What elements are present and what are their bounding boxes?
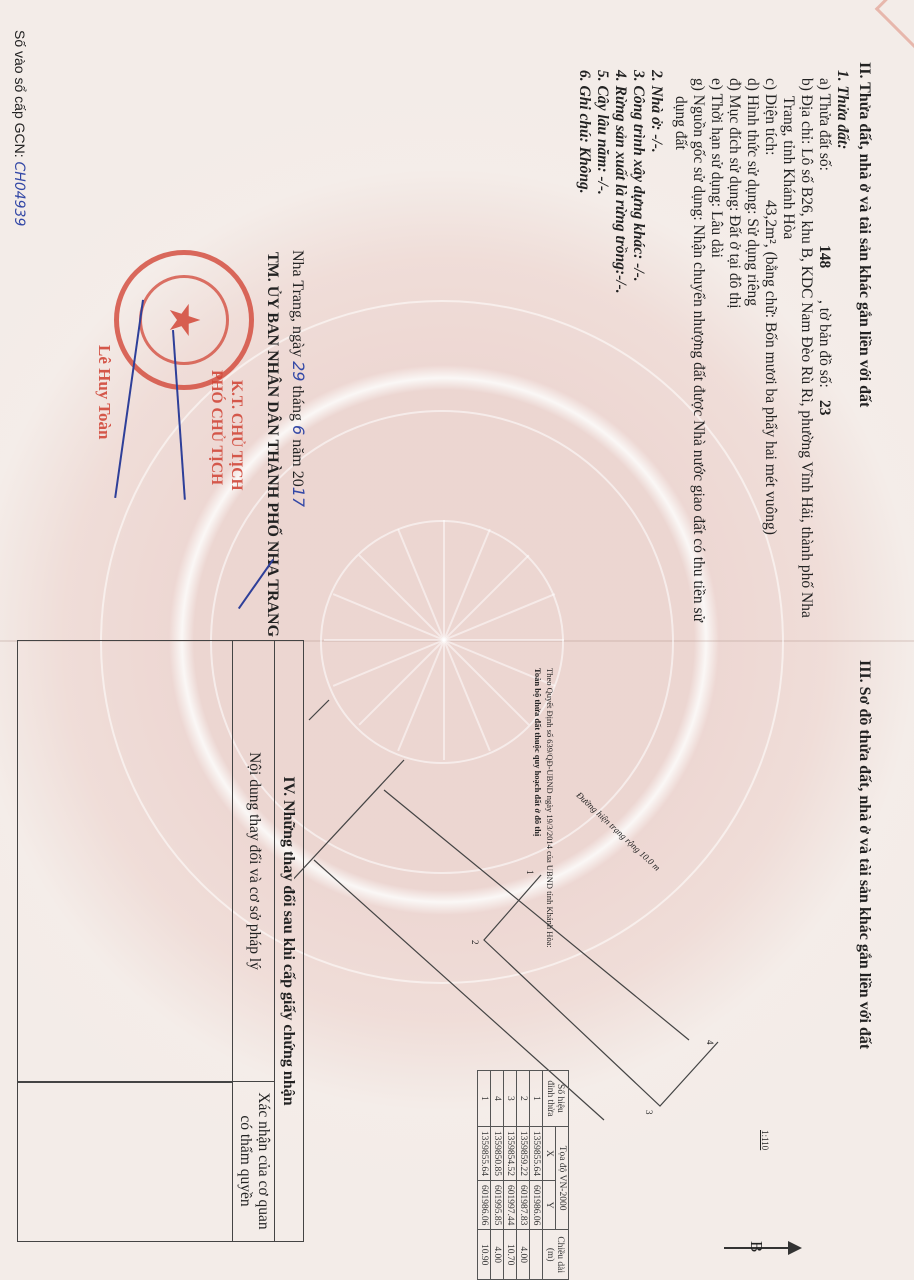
header-system: Tọa độ VN-2000 <box>556 1126 569 1230</box>
scale-label: 1:110 <box>755 1130 774 1150</box>
cell-point: 4 <box>491 1071 504 1127</box>
cell-point: 3 <box>504 1071 517 1127</box>
section-iii-title: III. Sơ đồ thửa đất, nhà ở và tài sản kh… <box>855 660 874 1049</box>
use-purpose: đ) Mục đích sử dụng: Đất ở tại đô thị <box>725 78 744 309</box>
date-day: 29 <box>289 361 308 381</box>
parcel-label: a) Thửa đất số: <box>815 78 834 171</box>
vertex-label-4: 4 <box>700 1040 719 1045</box>
coordinates-table: Số hiệu đỉnh thửa Tọa độ VN-2000 Chiều d… <box>477 1070 569 1280</box>
decision-note: Theo Quyết Định số 639/QĐ-UBND ngày 19/3… <box>544 668 556 948</box>
col-confirm-label-1: Xác nhận của cơ quan <box>254 1081 273 1241</box>
cell-y: 601986.06 <box>478 1180 491 1229</box>
header-y: Y <box>543 1180 556 1229</box>
table-row: 21359859.22601987.834.00 <box>517 1071 530 1280</box>
vertex-label-3: 3 <box>639 1110 658 1115</box>
cell-x: 1359854.52 <box>504 1126 517 1180</box>
cell-y: 601986.06 <box>530 1180 543 1229</box>
cell-x: 1359855.64 <box>530 1126 543 1180</box>
on-behalf-label: K.T. CHỦ TỊCH <box>227 380 246 491</box>
col-content-label: Nội dung thay đổi và cơ sở pháp lý <box>245 641 264 1081</box>
column-divider <box>18 1081 233 1083</box>
registry-number: CH04939 <box>11 162 27 227</box>
col-confirm-label-2: có thẩm quyền <box>236 1081 255 1241</box>
forest-item: 4. Rừng sản xuất là rừng trồng:-/-. <box>611 70 630 294</box>
official-seal: ★ <box>114 250 254 390</box>
table-row: 11359855.64601986.06 <box>530 1071 543 1280</box>
date-line: Nha Trang, ngày 29 tháng 6 năm 2017 <box>288 250 308 507</box>
use-term: e) Thời hạn sử dụng: Lâu dài <box>707 78 726 258</box>
registry-line: Số vào sổ cấp GCN: CH04939 <box>9 30 29 226</box>
table-row: 11359855.64601986.0610.90 <box>478 1071 491 1280</box>
date-year: 17 <box>289 487 308 507</box>
certificate-page: II. Thửa đất, nhà ở và tài sản khác gắn … <box>0 0 914 1280</box>
cell-x: 1359850.85 <box>491 1126 504 1180</box>
header-length: Chiều dài (m) <box>543 1230 569 1280</box>
changes-table-header: IV. Những thay đổi sau khi cấp giấy chứn… <box>274 641 303 1241</box>
section-iv-title: IV. Những thay đổi sau khi cấp giấy chứn… <box>279 641 298 1241</box>
seal-star-icon: ★ <box>159 301 209 339</box>
month-label: tháng <box>289 385 306 421</box>
signer-name: Lê Huy Toàn <box>95 345 114 440</box>
planning-note: Toàn bộ thửa đất thuộc quy hoạch đất ở đ… <box>532 668 544 836</box>
cell-y: 601995.85 <box>491 1180 504 1229</box>
cell-point: 2 <box>517 1071 530 1127</box>
cell-length: 4.00 <box>491 1230 504 1280</box>
authority-name: TM. ỦY BAN NHÂN DÂN THÀNH PHỐ NHA TRANG <box>263 252 282 637</box>
table-row: 41359850.85601995.854.00 <box>491 1071 504 1280</box>
cell-length: 10.70 <box>504 1230 517 1280</box>
header-point: Số hiệu đỉnh thửa <box>543 1071 569 1127</box>
corner-ornament <box>875 0 914 53</box>
address-line-1: b) Địa chỉ: Lô số B26, khu B, KDC Nam Đè… <box>797 78 816 618</box>
land-heading: 1. Thửa đất: <box>833 70 852 149</box>
cell-point: 1 <box>530 1071 543 1127</box>
area-label: c) Diện tích: <box>761 78 780 155</box>
changes-table: IV. Những thay đổi sau khi cấp giấy chứn… <box>17 640 304 1242</box>
date-month: 6 <box>289 425 308 435</box>
cell-length: 10.90 <box>478 1230 491 1280</box>
cell-y: 601987.83 <box>517 1180 530 1229</box>
year-label: năm 20 <box>289 439 306 487</box>
address-line-2: Trang, tỉnh Khánh Hòa <box>779 96 798 239</box>
header-x: X <box>543 1126 556 1180</box>
cell-point: 1 <box>478 1071 491 1127</box>
parcel-number: 148 <box>815 245 834 268</box>
area-value: 43,2m², (bằng chữ: Bốn mươi ba phẩy hai … <box>761 200 780 535</box>
cell-length: 4.00 <box>517 1230 530 1280</box>
map-sheet-number: 23 <box>815 400 834 416</box>
north-arrow-head <box>788 1241 802 1255</box>
cell-x: 1359855.64 <box>478 1126 491 1180</box>
perennial-item: 5. Cây lâu năm: -/-. <box>593 70 612 195</box>
map-sheet-label: , tờ bản đồ số: <box>815 300 834 388</box>
table-row: 31359854.52601997.4410.70 <box>504 1071 517 1280</box>
vertex-label-2: 2 <box>465 940 484 945</box>
note-item: 6. Ghi chú: Không. <box>575 70 594 194</box>
date-prefix: Nha Trang, ngày <box>289 250 306 357</box>
cell-x: 1359859.22 <box>517 1126 530 1180</box>
section-ii-title: II. Thửa đất, nhà ở và tài sản khác gắn … <box>855 62 874 407</box>
col-content-header: Nội dung thay đổi và cơ sở pháp lý <box>232 641 275 1082</box>
cell-y: 601997.44 <box>504 1180 517 1229</box>
house-item: 2. Nhà ở: -/-. <box>647 70 666 153</box>
col-confirm-header: Xác nhận của cơ quan có thẩm quyền <box>232 1081 275 1241</box>
other-works-item: 3. Công trình xây dựng khác: -/-. <box>629 70 648 282</box>
cell-length <box>530 1230 543 1280</box>
registry-label: Số vào sổ cấp GCN: <box>12 30 28 158</box>
origin-line-1: g) Nguồn gốc sử dụng: Nhận chuyển nhượng… <box>689 78 708 622</box>
position-label: PHÓ CHỦ TỊCH <box>207 370 226 485</box>
use-form: d) Hình thức sử dụng: Sử dụng riêng <box>743 78 762 306</box>
north-label: B <box>747 1241 766 1252</box>
vertex-label-1: 1 <box>520 870 539 875</box>
origin-line-2: dụng đất <box>671 96 690 150</box>
parcel-diagram <box>294 640 854 1280</box>
